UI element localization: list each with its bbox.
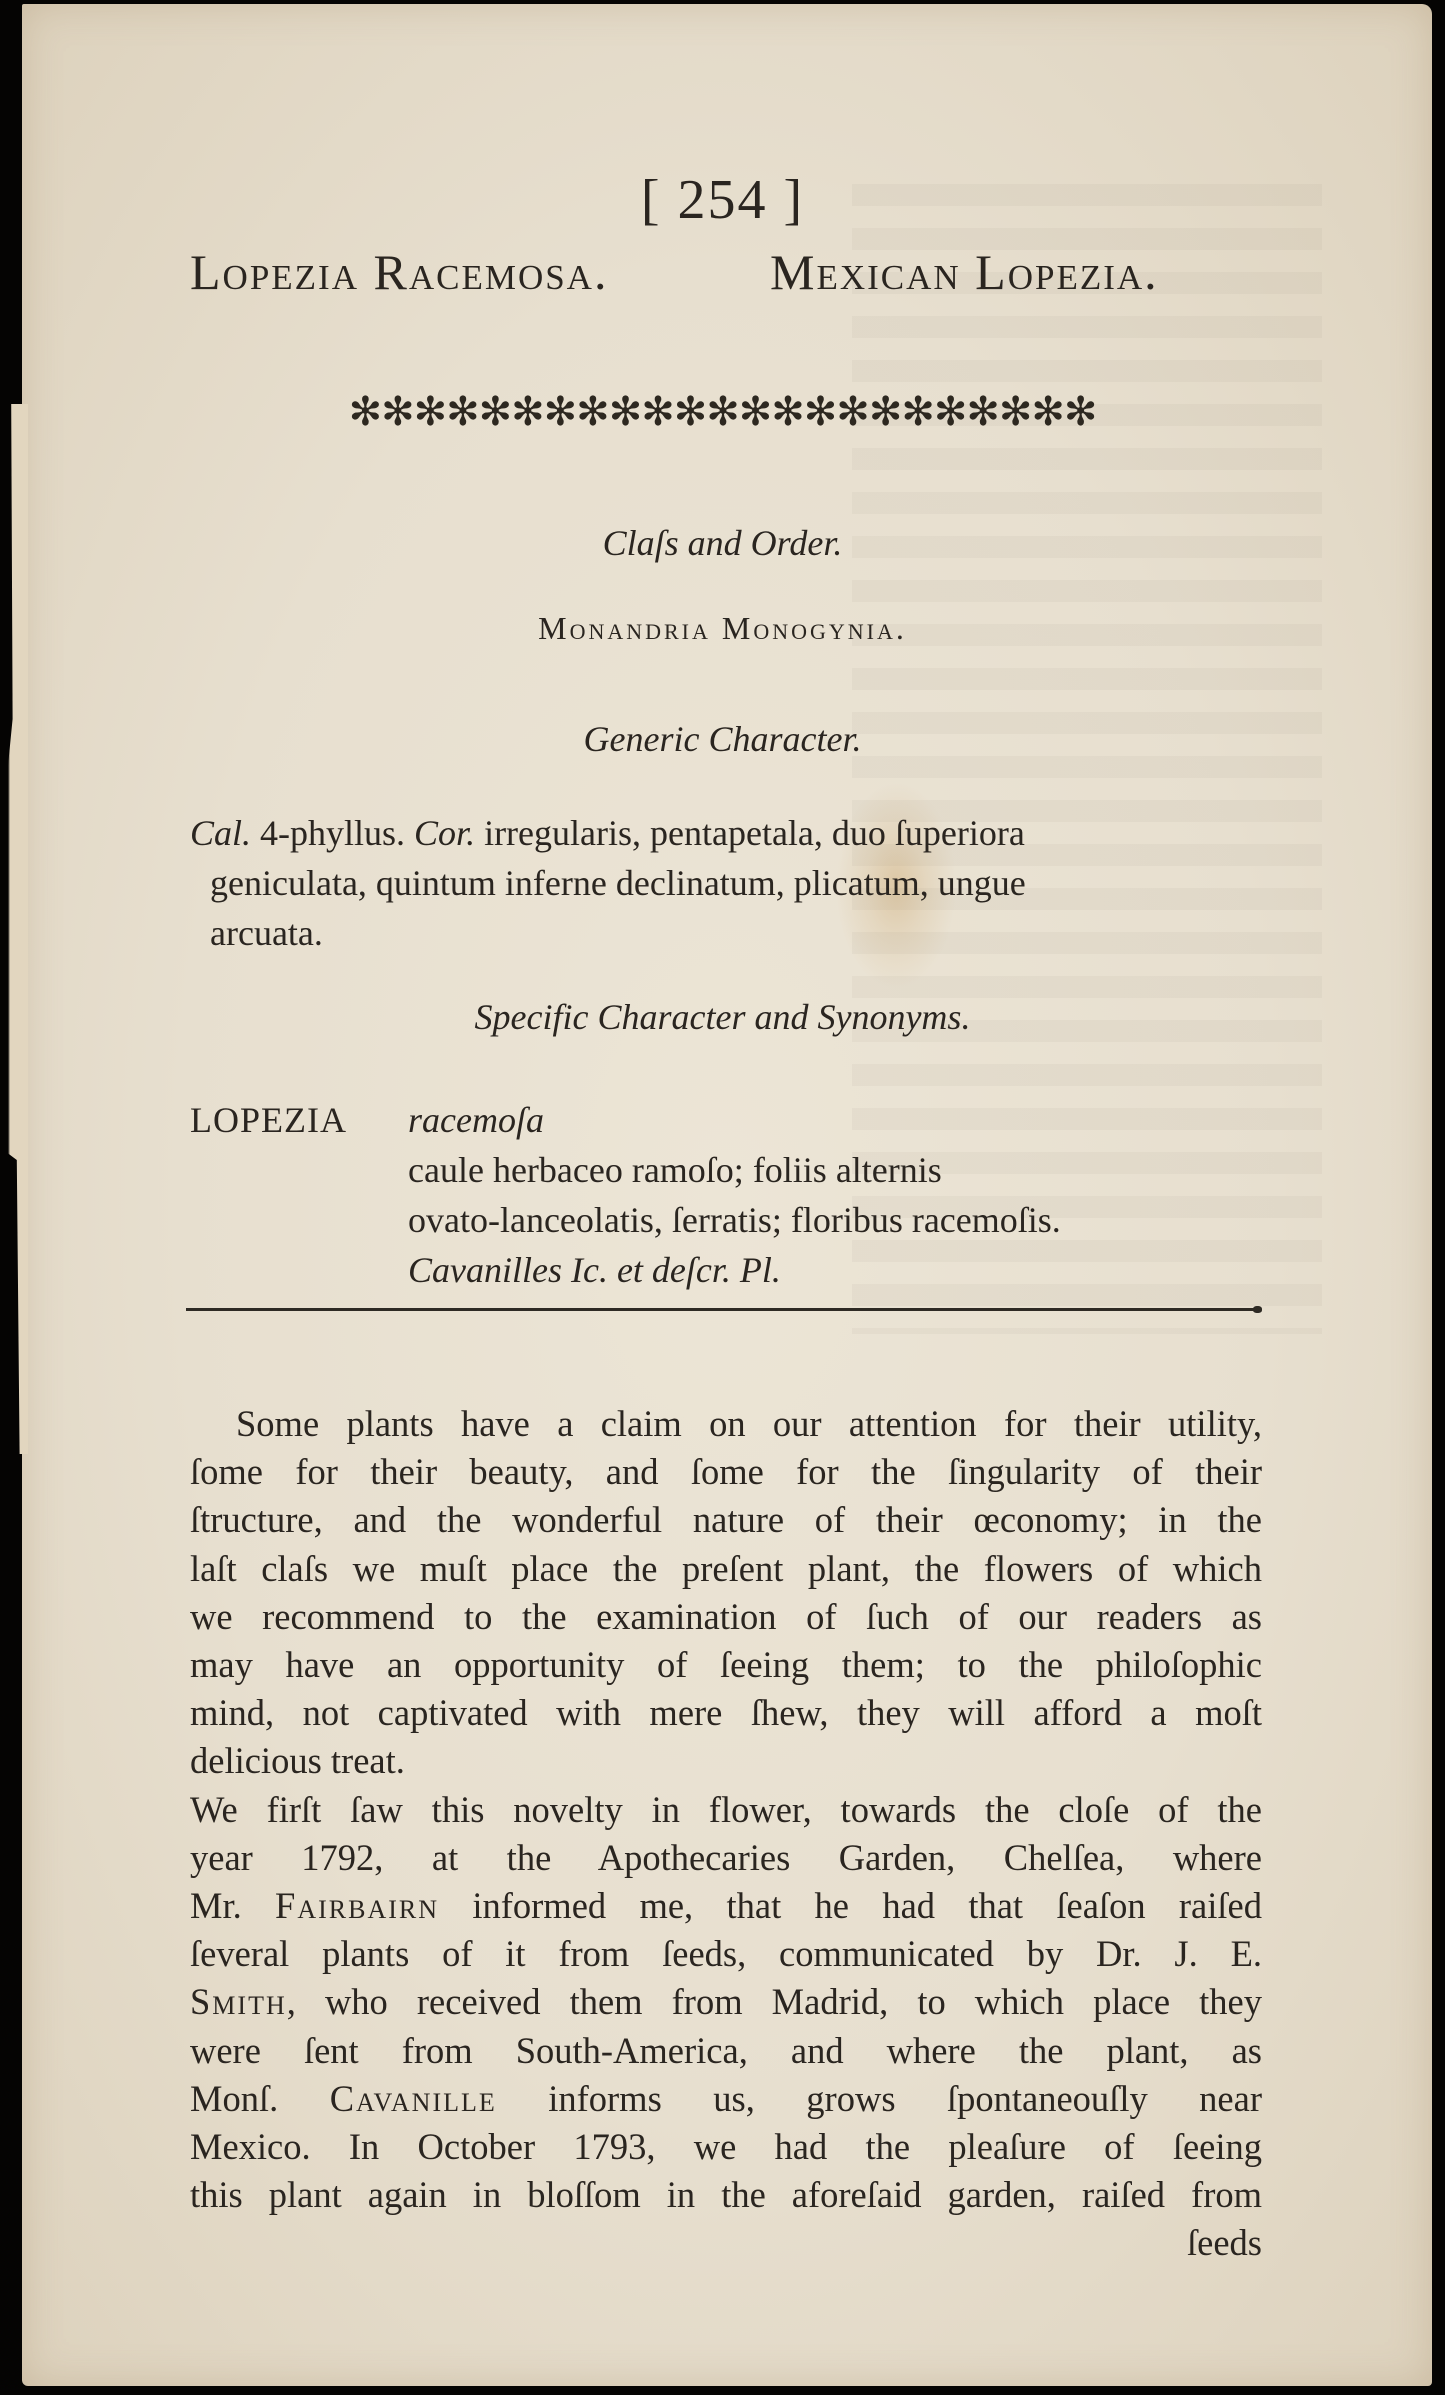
- body-line: Monſ. Cavanille informs us, grows ſponta…: [190, 2075, 1262, 2123]
- section-divider-rule: [186, 1308, 1256, 1311]
- body-line: year 1792, at the Apothecaries Garden, C…: [190, 1834, 1262, 1882]
- title-english-name: Mexican Lopezia.: [770, 243, 1159, 301]
- body-line: mind, not captivated with mere ſhew, the…: [190, 1689, 1262, 1737]
- body-line: Mr. Fairbairn informed me, that he had t…: [190, 1882, 1262, 1930]
- body-line: may have an opportunity of ſeeing them; …: [190, 1641, 1262, 1689]
- corolla-abbr: Cor.: [414, 813, 475, 853]
- body-line: Mexico. In October 1793, we had the plea…: [190, 2123, 1262, 2171]
- body-line: We firſt ſaw this novelty in flower, tow…: [190, 1786, 1262, 1834]
- calyx-abbr: Cal.: [190, 813, 251, 853]
- body-text-fragment: informed me, that he had that ſeaſon rai…: [439, 1885, 1262, 1926]
- body-line: Smith, who received them from Madrid, to…: [190, 1978, 1262, 2026]
- body-line: ſtructure, and the wonderful nature of t…: [190, 1496, 1262, 1544]
- body-line: ſeveral plants of it from ſeeds, communi…: [190, 1930, 1262, 1978]
- species-line: racemoſa caule herbaceo ramoſo; foliis a…: [408, 1095, 1061, 1195]
- person-name-smith: Smith: [190, 1981, 287, 2022]
- generic-character-line: Cal. 4-phyllus. Cor. irregularis, pentap…: [190, 808, 1265, 858]
- corolla-text: irregularis, pentapetala, duo ſuperiora: [475, 813, 1025, 853]
- person-name-cavanille: Cavanille: [330, 2078, 497, 2119]
- species-name: racemoſa: [408, 1100, 544, 1140]
- generic-character-line: geniculata, quintum inferne declinatum, …: [190, 858, 1265, 908]
- catchword: ſeeds: [190, 2219, 1262, 2267]
- body-line: we recommend to the examination of ſuch …: [190, 1593, 1262, 1641]
- class-order-heading: Claſs and Order.: [0, 522, 1445, 564]
- page-number: [ 254 ]: [0, 168, 1445, 232]
- body-text-fragment: informs us, grows ſpontaneouſly near: [497, 2078, 1262, 2119]
- species-reference: Cavanilles Ic. et deſcr. Pl.: [408, 1245, 1061, 1295]
- species-line-rest: caule herbaceo ramoſo; foliis alternis: [408, 1145, 1061, 1195]
- class-order-value: Monandria Monogynia.: [0, 610, 1445, 647]
- body-text-fragment: Mr.: [190, 1885, 275, 1926]
- genus-name: LOPEZIA: [190, 1095, 347, 1145]
- body-line: this plant again in bloſſom in the afore…: [190, 2171, 1262, 2219]
- specific-character-heading: Specific Character and Synonyms.: [0, 996, 1445, 1038]
- calyx-text: 4-phyllus.: [251, 813, 414, 853]
- body-text: Some plants have a claim on our attentio…: [190, 1400, 1262, 2268]
- generic-character-heading: Generic Character.: [0, 718, 1445, 760]
- body-line: Some plants have a claim on our attentio…: [190, 1400, 1262, 1448]
- title-latin-name: Lopezia Racemosa.: [190, 243, 608, 301]
- person-name-fairbairn: Fairbairn: [275, 1885, 439, 1926]
- species-description: racemoſa caule herbaceo ramoſo; foliis a…: [408, 1095, 1061, 1295]
- body-line: ſome for their beauty, and ſome for the …: [190, 1448, 1262, 1496]
- body-line: were ſent from South-America, and where …: [190, 2027, 1262, 2075]
- body-line: laſt claſs we muſt place the preſent pla…: [190, 1545, 1262, 1593]
- ornamental-divider-icon: ✻✻✻✻✻✻✻✻✻✻✻✻✻✻✻✻✻✻✻✻✻✻✻: [0, 388, 1445, 435]
- body-line: delicious treat.: [190, 1737, 1262, 1785]
- body-text-fragment: Monſ.: [190, 2078, 330, 2119]
- species-line: ovato-lanceolatis, ſerratis; floribus ra…: [408, 1195, 1061, 1245]
- body-text-fragment: , who received them from Madrid, to whic…: [287, 1981, 1262, 2022]
- generic-character-text: Cal. 4-phyllus. Cor. irregularis, pentap…: [190, 808, 1265, 958]
- generic-character-line: arcuata.: [190, 908, 1265, 958]
